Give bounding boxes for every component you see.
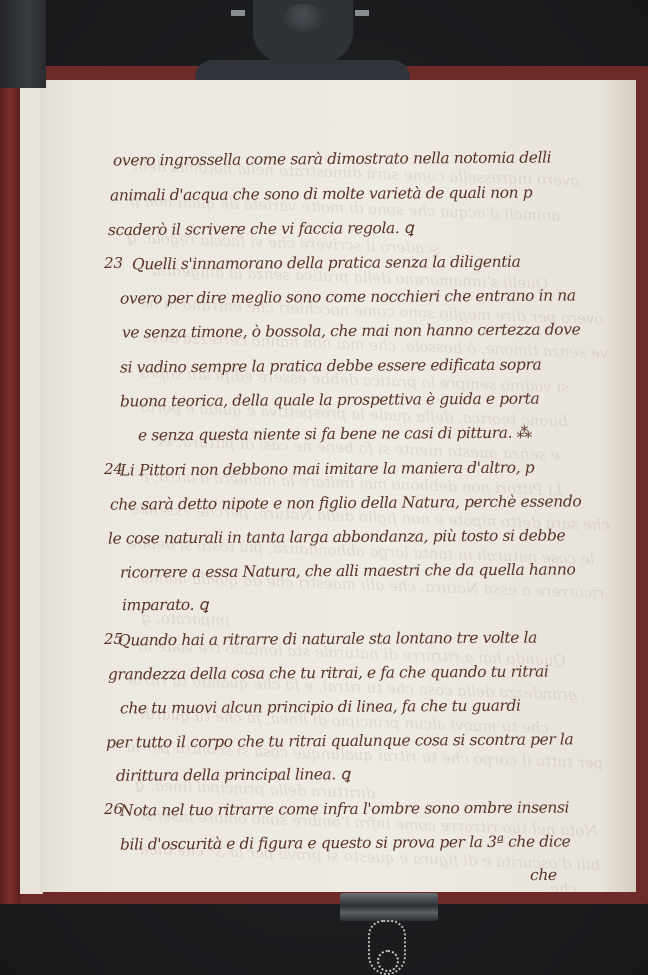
manuscript-line: per tutto il corpo che tu ritrai qualunq… <box>106 730 573 751</box>
manuscript-line: e senza questa niente si fa bene ne casi… <box>138 424 532 445</box>
manuscript-line: si vadino sempre la pratica debbe essere… <box>120 356 541 377</box>
manuscript-line: Quelli s'innamorano della pratica senza … <box>132 253 521 274</box>
section-number: 25 <box>104 630 123 648</box>
section-number: 23 <box>104 254 123 272</box>
manuscript-line: grandezza della cosa che tu ritrai, e fa… <box>108 662 549 683</box>
left-clamp <box>0 0 46 88</box>
binding-spine-edge <box>0 66 20 904</box>
top-clamp <box>195 0 410 80</box>
manuscript-line: scaderò il scrivere che vi faccia regola… <box>108 219 413 239</box>
clamp-knob-icon <box>283 4 323 32</box>
manuscript-line: Nota nel tuo ritrarre come infra l'ombre… <box>120 798 569 819</box>
manuscript-line: overo per dire meglio sono come nocchier… <box>120 286 576 307</box>
manuscript-line: che tu muovi alcun principio di linea, f… <box>120 697 521 718</box>
section-number: 24 <box>104 460 123 478</box>
manuscript-line: Li Pittori non debbono mai imitare la ma… <box>120 459 534 480</box>
page-right-edge <box>628 80 636 892</box>
manuscript-line: animali d'acqua che sono di molte variet… <box>110 184 532 205</box>
manuscript-line: dirittura della principal linea. ꝗ <box>116 765 350 785</box>
manuscript-line: overo ingrossella come sarà dimostrato n… <box>113 148 551 169</box>
manuscript-line: che <box>530 866 557 884</box>
manuscript-line: le cose naturali in tanta larga abbondan… <box>108 526 565 547</box>
manuscript-line: Quando hai a ritrarre di naturale sta lo… <box>118 629 537 650</box>
manuscript-line: buona teorica, della quale la prospettiv… <box>120 390 539 411</box>
manuscript-line: bili d'oscurità e di figura e questo si … <box>120 832 570 853</box>
bottom-clamp <box>340 893 438 921</box>
manuscript-line: imparato. ꝗ <box>122 596 208 615</box>
bead-chain-ring <box>377 950 399 972</box>
manuscript-line: ricorrere a essa Natura, che alli maestr… <box>120 560 575 581</box>
manuscript-line: ve senza timone, ò bossola, che mai non … <box>122 320 580 341</box>
section-number: 26 <box>104 800 123 818</box>
manuscript-line: che sarà detto nipote e non figlio della… <box>110 492 581 513</box>
